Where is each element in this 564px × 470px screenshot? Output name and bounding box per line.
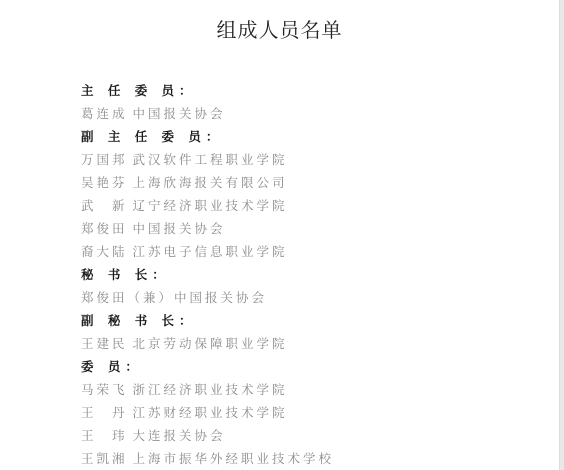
member-org: 武汉软件工程职业学院 (133, 148, 288, 171)
section-heading-members: 委 员： (81, 355, 334, 378)
document-page: 组成人员名单 主 任 委 员： 葛连成中国报关协会 副 主 任 委 员： 万国邦… (0, 0, 559, 470)
member-org: 江苏电子信息职业学院 (133, 240, 288, 263)
member-list: 主 任 委 员： 葛连成中国报关协会 副 主 任 委 员： 万国邦武汉软件工程职… (81, 79, 334, 470)
member-name: 葛连成 (81, 102, 128, 125)
member-entry: 马荣飞浙江经济职业技术学院 (81, 378, 334, 401)
member-entry: 王 玮大连报关协会 (81, 424, 334, 447)
section-heading-vice-chair: 副 主 任 委 员： (81, 125, 334, 148)
scrollbar-track[interactable] (559, 0, 564, 470)
member-org: （兼）中国报关协会 (128, 286, 268, 309)
member-entry: 武 新辽宁经济职业技术学院 (81, 194, 334, 217)
member-org: 浙江经济职业技术学院 (133, 378, 288, 401)
member-name: 郑俊田 (81, 217, 128, 240)
member-entry: 万国邦武汉软件工程职业学院 (81, 148, 334, 171)
member-name: 王凯湘 (81, 447, 128, 470)
member-org: 大连报关协会 (133, 424, 226, 447)
section-heading-secretary-general: 秘 书 长： (81, 263, 334, 286)
member-entry: 王 丹江苏财经职业技术学院 (81, 401, 334, 424)
section-heading-deputy-secretary-general: 副 秘 书 长： (81, 309, 334, 332)
member-entry: 葛连成中国报关协会 (81, 102, 334, 125)
document-title: 组成人员名单 (0, 16, 559, 44)
member-name: 裔大陆 (81, 240, 128, 263)
member-name: 王 玮 (81, 424, 128, 447)
member-entry: 吴艳芬上海欣海报关有限公司 (81, 171, 334, 194)
member-entry: 郑俊田（兼）中国报关协会 (81, 286, 334, 309)
member-name: 王建民 (81, 332, 128, 355)
member-org: 北京劳动保障职业学院 (133, 332, 288, 355)
member-name: 郑俊田 (81, 286, 128, 309)
member-org: 中国报关协会 (133, 217, 226, 240)
member-name: 吴艳芬 (81, 171, 128, 194)
member-org: 上海市振华外经职业技术学校 (133, 447, 335, 470)
member-org: 江苏财经职业技术学院 (133, 401, 288, 424)
member-entry: 裔大陆江苏电子信息职业学院 (81, 240, 334, 263)
member-name: 武 新 (81, 194, 128, 217)
member-entry: 郑俊田中国报关协会 (81, 217, 334, 240)
member-name: 万国邦 (81, 148, 128, 171)
member-org: 辽宁经济职业技术学院 (133, 194, 288, 217)
member-org: 中国报关协会 (133, 102, 226, 125)
member-entry: 王建民北京劳动保障职业学院 (81, 332, 334, 355)
section-heading-chair: 主 任 委 员： (81, 79, 334, 102)
member-org: 上海欣海报关有限公司 (133, 171, 288, 194)
member-entry: 王凯湘上海市振华外经职业技术学校 (81, 447, 334, 470)
member-name: 王 丹 (81, 401, 128, 424)
member-name: 马荣飞 (81, 378, 128, 401)
